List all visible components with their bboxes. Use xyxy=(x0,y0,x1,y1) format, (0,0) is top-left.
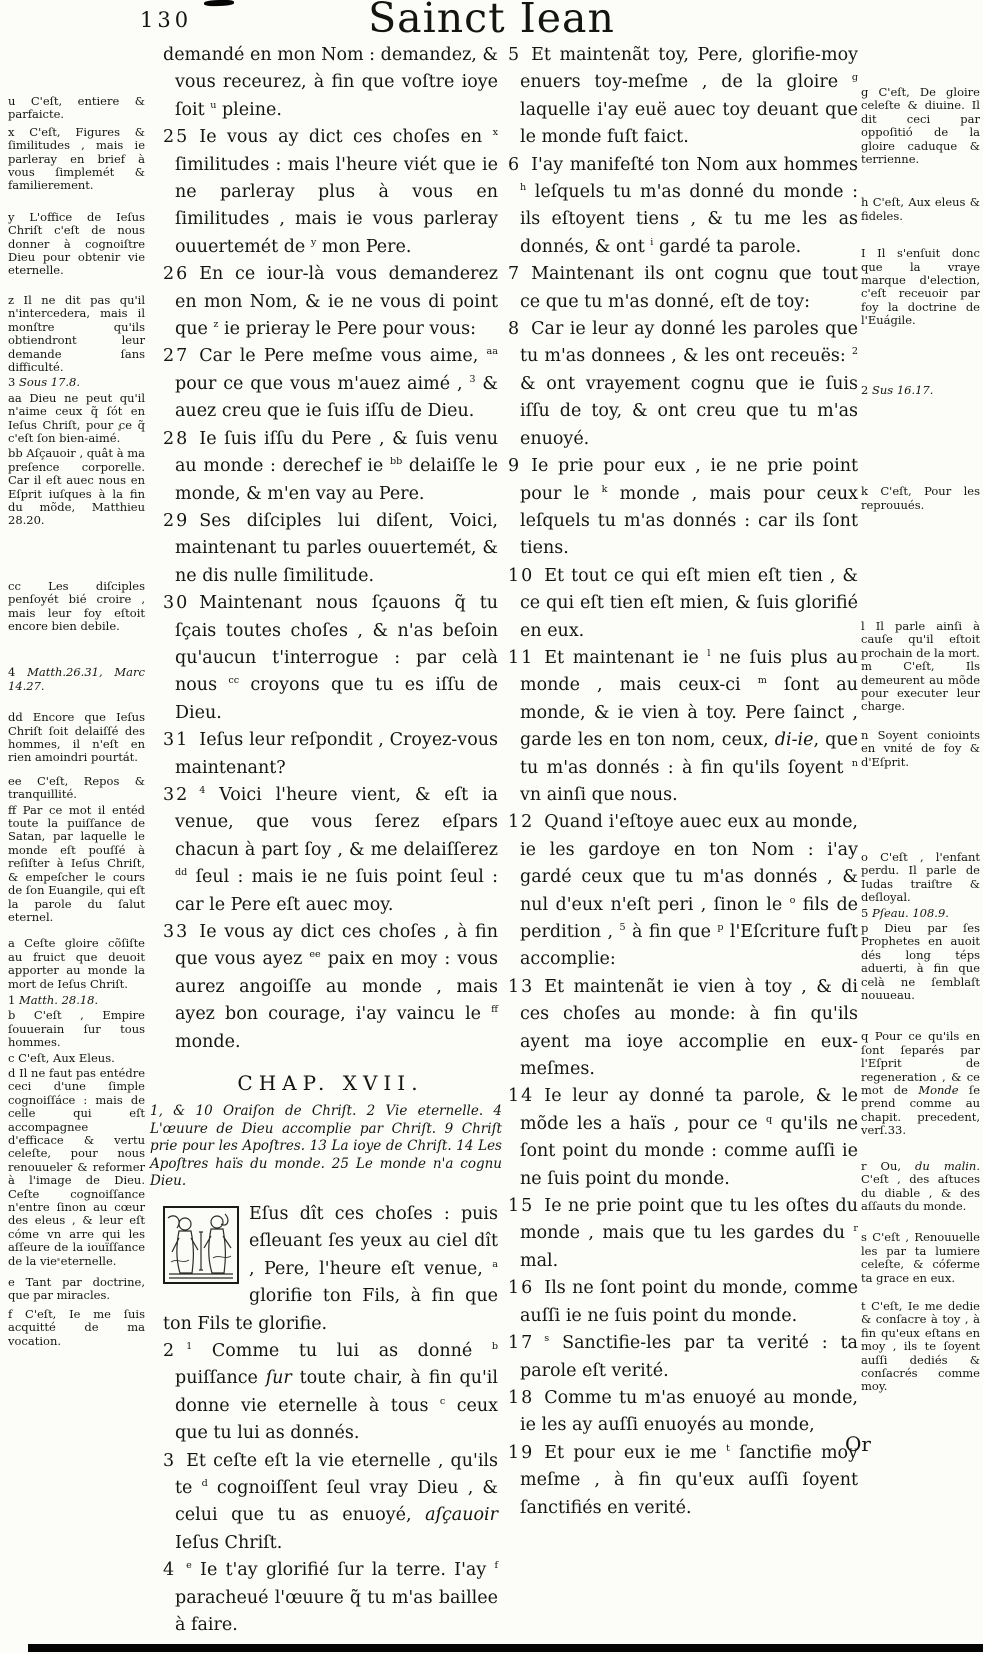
left-margin-notes: u C'eſt, entiere & parfaicte.x C'eſt, Fi… xyxy=(8,95,145,1348)
verse-number: 5 xyxy=(508,45,531,65)
verse: 28Ie ſuis iſſu du Pere , & ſuis venu au … xyxy=(163,426,498,508)
margin-note: 1 Matth. 28.18. xyxy=(8,994,145,1007)
verse: 7Maintenant ils ont cognu que tout ce qu… xyxy=(508,261,858,316)
margin-note: ee C'eſt, Repos & tranquillité. xyxy=(8,775,145,802)
verse-text: Et maintenant ie l ne ſuis plus au monde… xyxy=(520,648,858,805)
verse-number: 6 xyxy=(508,155,531,175)
verse-number: 28 xyxy=(163,429,199,449)
verse-number: 32 xyxy=(163,785,199,805)
catchword: Or xyxy=(845,1432,871,1456)
verse-number: 10 xyxy=(508,566,544,586)
verse-text: Comme tu m'as enuoyé au monde, ie les ay… xyxy=(520,1388,858,1435)
verse-number: 12 xyxy=(508,812,544,832)
verse: 33Ie vous ay dict ces choſes , à fin que… xyxy=(163,919,498,1056)
margin-note: 2 Sus 16.17. xyxy=(861,384,980,397)
scan-edge-bar xyxy=(28,1644,983,1652)
verse: 21 Comme tu lui as donné b puiſſance ſur… xyxy=(163,1338,498,1448)
right-text-column: 5Et maintenãt toy, Pere, glorifie-moy en… xyxy=(508,42,858,1522)
verse-number: 17 xyxy=(508,1333,544,1353)
verse: 8Car ie leur ay donné les paroles que tu… xyxy=(508,316,858,453)
verse-text: e Ie t'ay glorifié ſur la terre. I'ay f … xyxy=(175,1560,498,1635)
verse-number: 26 xyxy=(163,264,199,284)
margin-note: e Tant par doctrine, que par miracles. xyxy=(8,1276,145,1303)
margin-note: r Ou, du malin. C'eſt , des aſtuces du d… xyxy=(861,1160,980,1214)
verse-number: 13 xyxy=(508,977,544,997)
verse-text: En ce iour-là vous demanderez en mon Nom… xyxy=(175,264,498,339)
verse: 26En ce iour-là vous demanderez en mon N… xyxy=(163,261,498,343)
verse-text: Maintenant ils ont cognu que tout ce que… xyxy=(520,264,858,311)
verse: demandé en mon Nom : demandez, & vous re… xyxy=(163,42,498,124)
john-17-verses-right: 5Et maintenãt toy, Pere, glorifie-moy en… xyxy=(508,42,858,1522)
verse: 19Et pour eux ie me t ſanctifie moy meſm… xyxy=(508,1440,858,1522)
verse-number: 33 xyxy=(163,922,199,942)
verse-number: 19 xyxy=(508,1443,544,1463)
margin-note: a Ceſte gloire cõſiſte au fruict que deu… xyxy=(8,937,145,991)
verse-text: Ie ne prie point que tu les oſtes du mon… xyxy=(520,1196,858,1271)
verse-number: 30 xyxy=(163,593,199,613)
ink-speck xyxy=(57,1258,60,1261)
verse: 14Ie leur ay donné ta parole, & le mõde … xyxy=(508,1083,858,1193)
margin-note: 3 Sous 17.8. xyxy=(8,376,145,389)
verse: 10Et tout ce qui eſt mien eſt tien , & c… xyxy=(508,563,858,645)
verse: 18Comme tu m'as enuoyé au monde, ie les … xyxy=(508,1385,858,1440)
margin-note: h C'eſt, Aux eleus & fideles. xyxy=(861,196,980,223)
verse: 13Et maintenãt ie vien à toy , & di ces … xyxy=(508,974,858,1084)
verse-text: Ie leur ay donné ta parole, & le mõde le… xyxy=(520,1086,858,1188)
margin-note: bb Aſçauoir , quât à ma preſence corpore… xyxy=(8,447,145,527)
verse: 3Et ceſte eſt la vie eternelle , qu'ils … xyxy=(163,1448,498,1558)
verse-text: Et tout ce qui eſt mien eſt tien , & ce … xyxy=(520,566,858,641)
verse-text: Ils ne ſont point du monde, comme auſſi … xyxy=(520,1278,858,1325)
running-title: Sainct Iean xyxy=(0,0,983,42)
verse-number: 7 xyxy=(508,264,531,284)
margin-note: y L'office de Ieſus Chriſt c'eſt de nous… xyxy=(8,211,145,278)
left-text-column: demandé en mon Nom : demandez, & vous re… xyxy=(163,42,498,1639)
verse-text: Et ceſte eſt la vie eternelle , qu'ils t… xyxy=(175,1451,498,1553)
verse-text: Ie ſuis iſſu du Pere , & ſuis venu au mo… xyxy=(175,429,498,504)
margin-note: aa Dieu ne peut qu'il n'aime ceux q̃ ſót… xyxy=(8,392,145,446)
verse-number: 14 xyxy=(508,1086,544,1106)
printed-bible-page: 130 Sainct Iean u C'eſt, entiere & parfa… xyxy=(0,0,983,1654)
margin-note: 4 Matth.26.31, Marc 14.27. xyxy=(8,666,145,693)
verse-number: 18 xyxy=(508,1388,544,1408)
verse-number: 29 xyxy=(163,511,199,531)
verse-text: Ses diſciples lui diſent, Voici, mainten… xyxy=(175,511,498,586)
john-16-verses: demandé en mon Nom : demandez, & vous re… xyxy=(163,42,498,1056)
verse-text: Quand i'eſtoye auec eux au monde, ie les… xyxy=(520,812,858,969)
verse: 11Et maintenant ie l ne ſuis plus au mon… xyxy=(508,645,858,809)
margin-note: k C'eſt, Pour les reprouués. xyxy=(861,485,980,512)
margin-note: o C'eſt , l'enfant perdu. Il parle de Iu… xyxy=(861,851,980,905)
margin-note: ff Par ce mot il entéd toute la puiſſanc… xyxy=(8,804,145,925)
verse-text: Car ie leur ay donné les paroles que tu … xyxy=(520,319,858,449)
margin-note: c C'eſt, Aux Eleus. xyxy=(8,1052,145,1065)
verse-number: 2 xyxy=(163,1341,186,1361)
verse: 12Quand i'eſtoye auec eux au monde, ie l… xyxy=(508,809,858,973)
verse: 324 Voici l'heure vient, & eſt ia venue,… xyxy=(163,782,498,919)
verse: 6I'ay manifeſté ton Nom aux hommes h leſ… xyxy=(508,152,858,262)
woodcut-initial-art xyxy=(165,1208,237,1282)
verse: 27Car le Pere meſme vous aime, aa pour c… xyxy=(163,343,498,425)
verse: 31Ieſus leur reſpondit , Croyez-vous mai… xyxy=(163,727,498,782)
margin-note: dd Encore que Ieſus Chriſt ſoit delaiſſé… xyxy=(8,711,145,765)
margin-note: I Il s'enſuit donc que la vraye marque d… xyxy=(861,247,980,327)
margin-note: x C'eſt, Figures & ſimilitudes , mais ie… xyxy=(8,126,145,193)
margin-note: f C'eſt, Ie me ſuis acquitté de ma vocat… xyxy=(8,1308,145,1348)
verse-number: 3 xyxy=(163,1451,186,1471)
verse: 4e Ie t'ay glorifié ſur la terre. I'ay f… xyxy=(163,1557,498,1639)
verse-text: Et pour eux ie me t ſanctifie moy meſme … xyxy=(520,1443,858,1518)
margin-note: s C'eſt , Renouuelle les par ta lumiere … xyxy=(861,1231,980,1285)
verse: 25Ie vous ay dict ces choſes en x ſimili… xyxy=(163,124,498,261)
verse: 29Ses diſciples lui diſent, Voici, maint… xyxy=(163,508,498,590)
margin-note: d Il ne faut pas entédre ceci d'une ſimp… xyxy=(8,1067,145,1268)
verse-number: 16 xyxy=(508,1278,544,1298)
chapter-argument: 1, & 10 Oraiſon de Chriſt. 2 Vie eternel… xyxy=(150,1103,502,1191)
verse-number: 8 xyxy=(508,319,531,339)
right-margin-notes: g C'eſt, De gloire celeſte & diuine. Il … xyxy=(861,86,980,1394)
margin-note: 5 Pſeau. 108.9. xyxy=(861,907,980,920)
verse-text: demandé en mon Nom : demandez, & vous re… xyxy=(163,45,498,120)
verse-text: 1 Comme tu lui as donné b puiſſance ſur … xyxy=(175,1341,498,1443)
verse-number: 11 xyxy=(508,648,544,668)
chapter-heading: CHAP. XVII. xyxy=(163,1070,498,1097)
margin-note: b C'eſt , Empire ſouuerain ſur tous homm… xyxy=(8,1009,145,1049)
verse-number: 15 xyxy=(508,1196,544,1216)
margin-note: l Il parle ainſi à cauſe qu'il eſtoit pr… xyxy=(861,620,980,660)
verse: 30Maintenant nous ſçauons q̃ tu ſçais to… xyxy=(163,590,498,727)
ink-speck xyxy=(118,428,121,431)
margin-note: p Dieu par ſes Prophetes en auoit dés lo… xyxy=(861,922,980,1002)
verse-number: 27 xyxy=(163,346,199,366)
verse: 15Ie ne prie point que tu les oſtes du m… xyxy=(508,1193,858,1275)
verse-text: Ieſus leur reſpondit , Croyez-vous maint… xyxy=(175,730,498,777)
margin-note: g C'eſt, De gloire celeſte & diuine. Il … xyxy=(861,86,980,166)
verse-text: Car le Pere meſme vous aime, aa pour ce … xyxy=(175,346,498,421)
margin-note: z Il ne dit pas qu'il n'intercedera, mai… xyxy=(8,294,145,374)
verse-text: Maintenant nous ſçauons q̃ tu ſçais tout… xyxy=(175,593,498,723)
verse-number: 9 xyxy=(508,456,531,476)
verse-number: 31 xyxy=(163,730,199,750)
verse-text: Ie vous ay dict ces choſes en x ſimilitu… xyxy=(175,127,498,257)
verse-text: Ie vous ay dict ces choſes , à fin que v… xyxy=(175,922,498,1052)
woodcut-initial-I xyxy=(163,1206,239,1284)
margin-note: n Soyent conioints en vnité de foy & d'E… xyxy=(861,729,980,769)
verse-text: s Sanctifie-les par ta verité : ta parol… xyxy=(520,1333,858,1380)
margin-note: t C'eſt, Ie me dedie & conſacre à toy , … xyxy=(861,1300,980,1394)
margin-note: u C'eſt, entiere & parfaicte. xyxy=(8,95,145,122)
verse-text: 4 Voici l'heure vient, & eſt ia venue, q… xyxy=(175,785,498,915)
margin-note: cc Les diſciples penſoyét bié croire , m… xyxy=(8,580,145,634)
verse-text: Et maintenãt ie vien à toy , & di ces ch… xyxy=(520,977,858,1079)
verse: 9Ie prie pour eux , ie ne prie point pou… xyxy=(508,453,858,563)
verse: 17s Sanctifie-les par ta verité : ta par… xyxy=(508,1330,858,1385)
verse-text: I'ay manifeſté ton Nom aux hommes h leſq… xyxy=(520,155,858,257)
verse-text: Ie prie pour eux , ie ne prie point pour… xyxy=(520,456,858,558)
verse: 5Et maintenãt toy, Pere, glorifie-moy en… xyxy=(508,42,858,152)
margin-note: m C'eſt, Ils demeurent au mõde pour exec… xyxy=(861,660,980,714)
margin-note: q Pour ce qu'ils en ſont ſeparés par l'E… xyxy=(861,1030,980,1137)
verse-number: 4 xyxy=(163,1560,186,1580)
verse: Eſus dît ces choſes : puis eſleuant ſes … xyxy=(163,1201,498,1338)
verse: 16Ils ne ſont point du monde, comme auſſ… xyxy=(508,1275,858,1330)
john-17-verses-left: 21 Comme tu lui as donné b puiſſance ſur… xyxy=(163,1338,498,1639)
verse-number: 25 xyxy=(163,127,199,147)
verse-text: Et maintenãt toy, Pere, glorifie-moy enu… xyxy=(520,45,858,147)
